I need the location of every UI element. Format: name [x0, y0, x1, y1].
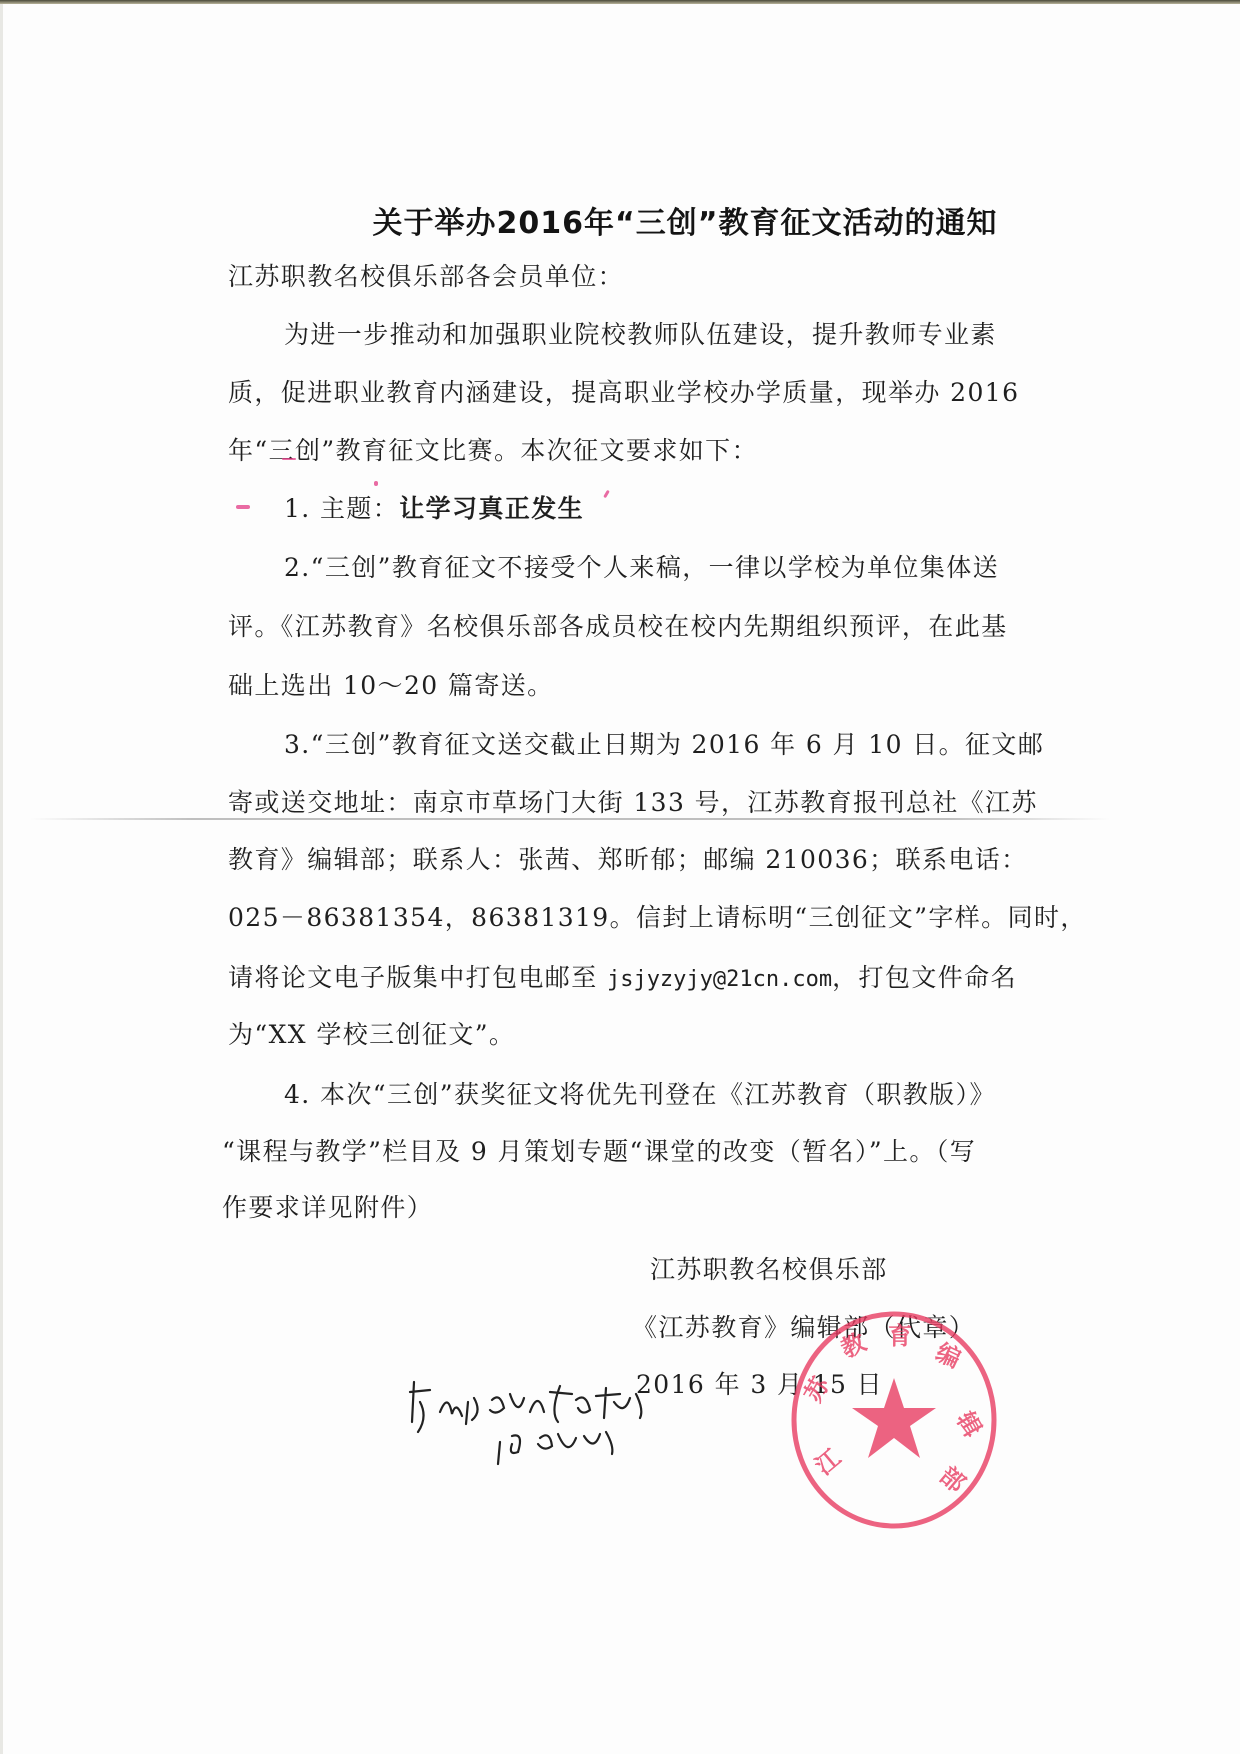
item-2-line-1: 2.“三创”教育征文不接受个人来稿，一律以学校为单位集体送 — [284, 553, 999, 583]
seal-star-icon — [852, 1378, 936, 1458]
ink-mark — [603, 490, 610, 498]
document-title: 关于举办2016年“三创”教育征文活动的通知 — [0, 198, 1240, 242]
item-3-line-1: 3.“三创”教育征文送交截止日期为 2016 年 6 月 10 日。征文邮 — [284, 730, 1044, 760]
item-2-line-2: 评。《江苏教育》名校俱乐部各成员校在校内先期组织预评，在此基 — [228, 612, 1008, 642]
item-3-line-5: 请将论文电子版集中打包电邮至 jsjyzyjy@21cn.com，打包文件命名 — [228, 963, 1017, 995]
salutation: 江苏职教名校俱乐部各会员单位： — [228, 262, 624, 292]
official-seal: 江 苏 教 育 编 辑 部 — [788, 1308, 1000, 1532]
item-3-email-lead: 请将论文电子版集中打包电邮至 — [228, 963, 607, 992]
svg-text:教: 教 — [837, 1327, 871, 1363]
item-1-theme-emphasis: 让学习真正发生 — [399, 494, 584, 523]
scan-left-edge — [0, 4, 3, 1754]
signature-org-1: 江苏职教名校俱乐部 — [650, 1255, 888, 1285]
ink-mark — [282, 458, 296, 460]
item-3-line-2: 寄或送交地址：南京市草场门大街 133 号，江苏教育报刊总社《江苏 — [228, 788, 1038, 818]
item-4-line-1: 4. 本次“三创”获奖征文将优先刊登在《江苏教育（职教版）》 — [284, 1080, 996, 1110]
paper-fold-crease — [30, 818, 1110, 820]
contact-email[interactable]: jsjyzyjy@21cn.com — [607, 967, 832, 992]
item-3-line-6: 为“XX 学校三创征文”。 — [228, 1020, 515, 1050]
intro-line-3: 年“三创”教育征文比赛。本次征文要求如下： — [228, 436, 758, 466]
item-2-line-3: 础上选出 10～20 篇寄送。 — [228, 671, 554, 701]
svg-text:江: 江 — [810, 1443, 847, 1481]
svg-text:辑: 辑 — [950, 1406, 987, 1442]
item-1-theme: 1. 主题：让学习真正发生 — [284, 494, 584, 524]
intro-line-2: 质，促进职业教育内涵建设，提高职业学校办学质量，现举办 2016 — [228, 378, 1019, 408]
intro-line-1: 为进一步推动和加强职业院校教师队伍建设，提升教师专业素 — [284, 320, 997, 350]
item-1-label: 1. 主题： — [284, 494, 399, 523]
ink-mark — [374, 481, 378, 486]
item-3-email-trail: ，打包文件命名 — [832, 963, 1017, 992]
scan-top-edge — [0, 0, 1240, 4]
svg-text:育: 育 — [888, 1322, 912, 1350]
item-4-line-3: 作要求详见附件） — [222, 1193, 433, 1223]
item-4-line-2: “课程与教学”栏目及 9 月策划专题“课堂的改变（暂名）”上。（写 — [222, 1137, 976, 1167]
item-3-line-3: 教育》编辑部；联系人：张茜、郑昕郁；邮编 210036；联系电话： — [228, 845, 1028, 875]
item-3-line-4: 025－86381354，86381319。信封上请标明“三创征文”字样。同时， — [228, 903, 1087, 933]
ink-mark — [236, 505, 250, 509]
